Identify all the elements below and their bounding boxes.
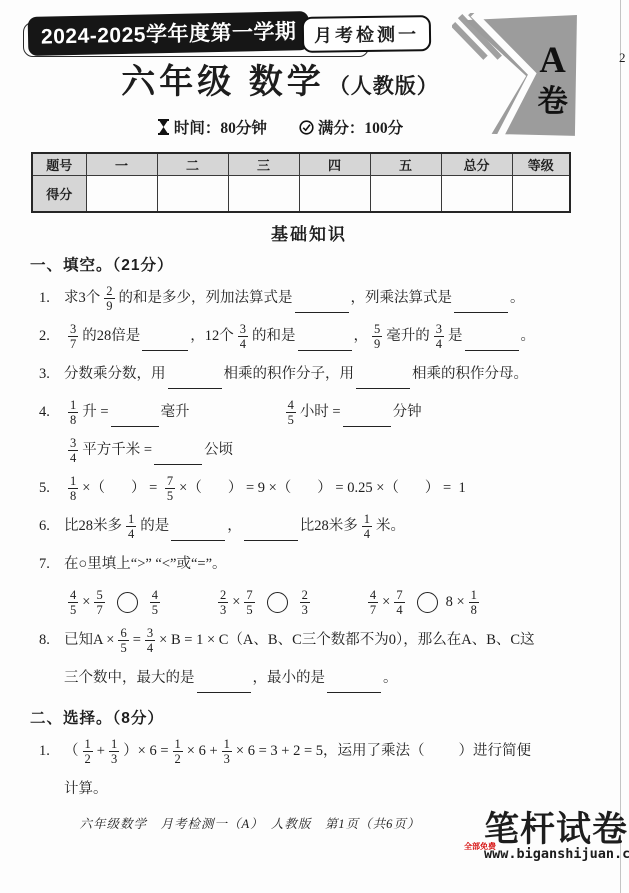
question-line: 分数乘分数，用相乘的积作分子，用相乘的积作分母。 xyxy=(64,355,588,393)
question-text: + xyxy=(97,742,105,760)
section-title: 二、选择。（8分） xyxy=(30,706,588,728)
compare-circle xyxy=(417,592,438,613)
meta-line: 时间：80分钟 满分：100分 xyxy=(80,116,480,138)
question-text: 的和是 xyxy=(252,327,296,345)
fraction-denominator: 4 xyxy=(394,602,404,617)
fraction: 57 xyxy=(94,588,104,617)
question-text: 分钟 xyxy=(393,403,422,421)
fraction: 74 xyxy=(394,588,404,617)
section: 二、选择。（8分）1.（12+13）× 6 =12× 6 +13× 6 = 3 … xyxy=(30,706,588,808)
answer-blank xyxy=(295,297,349,313)
score-table-label-cell: 得分 xyxy=(32,176,86,213)
answer-blank xyxy=(171,525,225,541)
fraction-numerator: 3 xyxy=(434,322,444,336)
fraction: 45 xyxy=(68,588,78,617)
fraction-denominator: 3 xyxy=(300,602,310,617)
question-row: 6.比28米多14的是，比28米多14米。 xyxy=(30,507,588,545)
answer-blank xyxy=(343,411,391,427)
fraction: 18 xyxy=(68,474,78,503)
question-row: 8.已知A ×65=34× B = 1 × C（A、B、C三个数都不为0），那么… xyxy=(30,621,588,697)
fraction-numerator: 3 xyxy=(68,322,78,336)
fraction: 59 xyxy=(372,322,382,351)
fraction: 75 xyxy=(244,588,254,617)
check-circle-icon xyxy=(299,120,314,135)
fraction-numerator: 4 xyxy=(68,588,78,602)
score-table-header-cell: 等级 xyxy=(512,153,570,176)
question-text: 公顷 xyxy=(204,441,233,459)
score-table-header-cell: 五 xyxy=(370,153,441,176)
fraction-denominator: 5 xyxy=(286,412,296,427)
fraction-numerator: 4 xyxy=(150,588,160,602)
question-text: = 9 × xyxy=(242,479,276,497)
fraction: 34 xyxy=(238,322,248,351)
fraction: 45 xyxy=(286,398,296,427)
fraction-numerator: 1 xyxy=(68,474,78,488)
section: 一、填空。（21分）1.求3个29的和是多少，列加法算式是，列乘法算式是。2.3… xyxy=(30,253,588,697)
question-row: 7.在○里填上“>” “<”或“=”。45×574523×752347×748 … xyxy=(30,545,588,621)
score-table-header-cell: 三 xyxy=(228,153,299,176)
question-line: 34平方千米 =公顷 xyxy=(64,431,588,469)
badge-char: 卷 xyxy=(537,85,568,119)
question-content: 已知A ×65=34× B = 1 × C（A、B、C三个数都不为0），那么在A… xyxy=(64,621,588,697)
question-number: 1. xyxy=(30,279,64,317)
question-line: 37的28倍是，12个34的和是，59毫升的34是。 xyxy=(64,317,588,355)
score-segment: 满分：100分 xyxy=(299,120,403,137)
fraction-numerator: 1 xyxy=(68,398,78,412)
question-row: 5.18×（） = 75×（） = 9 ×（） = 0.25 ×（） = 1 xyxy=(30,469,588,507)
paper-body: 基础知识 一、填空。（21分）1.求3个29的和是多少，列加法算式是，列乘法算式… xyxy=(30,220,588,808)
score-table-empty-cell xyxy=(86,176,157,213)
hourglass-icon xyxy=(157,119,170,135)
question-text: = 1 xyxy=(439,479,465,497)
score-table-empty-cell xyxy=(228,176,299,213)
question-text: ）进行简便 xyxy=(459,742,532,760)
fraction: 12 xyxy=(83,737,93,766)
fraction-denominator: 5 xyxy=(244,602,254,617)
fraction: 14 xyxy=(126,512,136,541)
answer-blank xyxy=(454,297,508,313)
fraction-denominator: 3 xyxy=(222,751,232,766)
fraction: 34 xyxy=(145,626,155,655)
block-heading: 基础知识 xyxy=(30,220,588,244)
score-table-empty-cell xyxy=(512,176,570,213)
question-text: 相乘的积作分子，用 xyxy=(224,365,355,383)
fraction-numerator: 7 xyxy=(394,588,404,602)
answer-blank xyxy=(111,411,159,427)
question-text: 的是 xyxy=(140,517,169,535)
score-table-header-cell: 二 xyxy=(157,153,228,176)
fraction-numerator: 1 xyxy=(222,737,232,751)
question-content: 18×（） = 75×（） = 9 ×（） = 0.25 ×（） = 1 xyxy=(64,469,588,507)
term-banner: 2024-2025学年度第一学期 xyxy=(28,11,310,56)
fraction: 45 xyxy=(150,588,160,617)
score-table-header-cell: 一 xyxy=(86,153,157,176)
fraction: 18 xyxy=(68,398,78,427)
answer-blank xyxy=(298,335,352,351)
answer-blank xyxy=(142,335,188,351)
question-text: 。 xyxy=(510,289,525,307)
answer-paren: （） xyxy=(187,479,242,497)
fraction-denominator: 3 xyxy=(109,751,119,766)
answer-blank xyxy=(168,373,222,389)
question-line: 18×（） = 75×（） = 9 ×（） = 0.25 ×（） = 1 xyxy=(64,469,588,507)
watermark-brand: 笔杆试卷 xyxy=(484,802,628,852)
fraction-numerator: 5 xyxy=(372,322,382,336)
question-text: = 0.25 × xyxy=(332,479,385,497)
question-content: 比28米多14的是，比28米多14米。 xyxy=(64,507,588,545)
question-text: × xyxy=(232,593,240,611)
question-text: 求3个 xyxy=(64,289,100,307)
answer-blank xyxy=(154,449,202,465)
question-text: 已知A × xyxy=(64,631,114,649)
score-table-empty-cell xyxy=(157,176,228,213)
fraction-numerator: 6 xyxy=(118,626,128,640)
paper-title: 六年级 数学 （人教版） xyxy=(80,54,480,103)
page-side-number: 2 xyxy=(619,50,626,66)
score-table-empty-cell xyxy=(370,176,441,213)
fraction-numerator: 4 xyxy=(368,588,378,602)
question-text: 升 = xyxy=(82,403,108,421)
score-table-header-cell: 四 xyxy=(299,153,370,176)
fraction-numerator: 1 xyxy=(469,588,479,602)
fraction-denominator: 3 xyxy=(218,602,228,617)
question-content: 在○里填上“>” “<”或“=”。45×574523×752347×748 ×1… xyxy=(64,545,588,621)
fraction-numerator: 5 xyxy=(94,588,104,602)
question-text: 是 xyxy=(448,327,463,345)
fraction-numerator: 7 xyxy=(244,588,254,602)
section-title: 一、填空。（21分） xyxy=(30,253,588,275)
fraction: 47 xyxy=(368,588,378,617)
fraction-denominator: 8 xyxy=(68,488,78,503)
question-text: 毫升的 xyxy=(386,327,430,345)
fraction: 23 xyxy=(218,588,228,617)
fraction-numerator: 2 xyxy=(218,588,228,602)
question-line: （12+13）× 6 =12× 6 +13× 6 = 3 + 2 = 5，运用了… xyxy=(64,732,588,770)
question-number: 2. xyxy=(30,317,64,355)
question-row: 4.18升 =毫升45小时 =分钟34平方千米 =公顷 xyxy=(30,393,588,469)
question-row: 1.求3个29的和是多少，列加法算式是，列乘法算式是。 xyxy=(30,279,588,317)
question-text: × xyxy=(82,593,90,611)
fraction-denominator: 4 xyxy=(145,640,155,655)
fraction-denominator: 8 xyxy=(68,412,78,427)
fraction-denominator: 5 xyxy=(150,602,160,617)
question-text: 毫升 xyxy=(161,403,190,421)
question-text: × 6 = 3 + 2 = 5，运用了乘法（ xyxy=(236,742,425,760)
question-text: 在○里填上“>” “<”或“=”。 xyxy=(64,555,227,573)
question-text: 8 × xyxy=(446,593,465,611)
question-text: ， xyxy=(354,327,369,345)
question-number: 3. xyxy=(30,355,64,393)
question-number: 6. xyxy=(30,507,64,545)
question-text: = xyxy=(145,479,160,497)
fraction: 18 xyxy=(469,588,479,617)
question-text: 比28米多 xyxy=(64,517,122,535)
full-score-label: 满分：100分 xyxy=(318,120,403,137)
fraction-denominator: 8 xyxy=(469,602,479,617)
score-table: 题号一二三四五总分等级得分 xyxy=(31,152,571,213)
question-content: 18升 =毫升45小时 =分钟34平方千米 =公顷 xyxy=(64,393,588,469)
question-text: × 6 + xyxy=(187,742,218,760)
question-content: （12+13）× 6 =12× 6 +13× 6 = 3 + 2 = 5，运用了… xyxy=(64,732,588,808)
fraction-numerator: 1 xyxy=(362,512,372,526)
question-text: 分数乘分数，用 xyxy=(64,365,166,383)
score-table-header-cell: 总分 xyxy=(441,153,512,176)
fraction: 34 xyxy=(68,436,78,465)
fraction: 13 xyxy=(222,737,232,766)
question-text: 比28米多 xyxy=(300,517,358,535)
fraction-denominator: 7 xyxy=(68,336,78,351)
header-banner: 2024-2025学年度第一学期 月考检测一 xyxy=(28,14,431,53)
question-text: 小时 = xyxy=(300,403,341,421)
fraction: 13 xyxy=(109,737,119,766)
question-text: （ xyxy=(64,742,79,760)
fraction-numerator: 1 xyxy=(109,737,119,751)
badge-letter: A xyxy=(539,39,566,80)
fraction-numerator: 3 xyxy=(145,626,155,640)
fraction-denominator: 7 xyxy=(368,602,378,617)
time-label: 时间：80分钟 xyxy=(174,120,267,137)
fraction-denominator: 7 xyxy=(94,602,104,617)
question-text: = xyxy=(133,631,141,649)
question-number: 7. xyxy=(30,545,64,583)
compare-circle xyxy=(267,592,288,613)
fraction: 75 xyxy=(165,474,175,503)
question-row: 2.37的28倍是，12个34的和是，59毫升的34是。 xyxy=(30,317,588,355)
fraction-denominator: 4 xyxy=(68,450,78,465)
question-line: 已知A ×65=34× B = 1 × C（A、B、C三个数都不为0），那么在A… xyxy=(64,621,588,659)
fraction-denominator: 5 xyxy=(165,488,175,503)
fraction: 29 xyxy=(104,284,114,313)
title-edition: （人教版） xyxy=(329,74,439,98)
question-row: 1.（12+13）× 6 =12× 6 +13× 6 = 3 + 2 = 5，运… xyxy=(30,732,588,808)
questions-area: 一、填空。（21分）1.求3个29的和是多少，列加法算式是，列乘法算式是。2.3… xyxy=(30,253,588,808)
question-number: 1. xyxy=(30,732,64,770)
question-text: ）× 6 = xyxy=(123,742,168,760)
question-text: ，最小的是 xyxy=(253,669,326,687)
question-text: × xyxy=(382,593,390,611)
fraction: 37 xyxy=(68,322,78,351)
fraction-numerator: 1 xyxy=(126,512,136,526)
question-line: 求3个29的和是多少，列加法算式是，列乘法算式是。 xyxy=(64,279,588,317)
fraction-denominator: 4 xyxy=(126,526,136,541)
question-number: 8. xyxy=(30,621,64,659)
fraction: 65 xyxy=(118,626,128,655)
fraction-denominator: 5 xyxy=(118,640,128,655)
fraction-denominator: 9 xyxy=(372,336,382,351)
question-number: 5. xyxy=(30,469,64,507)
question-text: 计算。 xyxy=(64,780,108,798)
question-text: ，列乘法算式是 xyxy=(351,289,453,307)
score-table-empty-cell xyxy=(441,176,512,213)
fraction-denominator: 2 xyxy=(173,751,183,766)
question-text: × B = 1 × C（A、B、C三个数都不为0），那么在A、B、C这 xyxy=(159,631,534,649)
score-table-header-cell: 题号 xyxy=(32,153,86,176)
question-text: 的和是多少，列加法算式是 xyxy=(119,289,293,307)
fraction: 14 xyxy=(362,512,372,541)
fraction: 23 xyxy=(300,588,310,617)
score-table-empty-cell xyxy=(299,176,370,213)
fraction-denominator: 4 xyxy=(362,526,372,541)
fraction-numerator: 1 xyxy=(173,737,183,751)
exam-banner: 月考检测一 xyxy=(302,15,431,53)
fraction-numerator: 7 xyxy=(165,474,175,488)
fraction-denominator: 5 xyxy=(68,602,78,617)
question-text: ，12个 xyxy=(190,327,234,345)
question-line: 比28米多14的是，比28米多14米。 xyxy=(64,507,588,545)
answer-blank xyxy=(197,677,251,693)
answer-blank xyxy=(244,525,298,541)
watermark-url: www.biganshijuan.com xyxy=(484,846,629,862)
time-segment: 时间：80分钟 xyxy=(157,120,271,137)
answer-blank xyxy=(356,373,410,389)
question-text: × xyxy=(82,479,90,497)
fraction: 12 xyxy=(173,737,183,766)
page-edge-line xyxy=(620,0,621,893)
question-line: 45×574523×752347×748 ×18 xyxy=(64,583,588,621)
question-number: 4. xyxy=(30,393,64,431)
answer-blank xyxy=(327,677,381,693)
question-line: 18升 =毫升45小时 =分钟 xyxy=(64,393,588,431)
fraction-denominator: 9 xyxy=(104,298,114,313)
fraction: 34 xyxy=(434,322,444,351)
fraction-numerator: 1 xyxy=(83,737,93,751)
question-text: 三个数中，最大的是 xyxy=(64,669,195,687)
fraction-denominator: 2 xyxy=(83,751,93,766)
compare-circle xyxy=(117,592,138,613)
question-line: 在○里填上“>” “<”或“=”。 xyxy=(64,545,588,583)
answer-paren: （） xyxy=(90,479,145,497)
question-text: × xyxy=(179,479,187,497)
question-text: 。 xyxy=(383,669,398,687)
question-text: 米。 xyxy=(376,517,405,535)
fraction-numerator: 2 xyxy=(300,588,310,602)
answer-paren: （） xyxy=(384,479,439,497)
question-text: 的28倍是 xyxy=(82,327,140,345)
question-row: 3.分数乘分数，用相乘的积作分子，用相乘的积作分母。 xyxy=(30,355,588,393)
question-text: ， xyxy=(227,517,242,535)
question-text: 平方千米 = xyxy=(82,441,152,459)
fraction-numerator: 3 xyxy=(238,322,248,336)
fraction-numerator: 2 xyxy=(104,284,114,298)
question-content: 37的28倍是，12个34的和是，59毫升的34是。 xyxy=(64,317,588,355)
footer-line: 六年级数学 月考检测一（A） 人教版 第1页（共6页） xyxy=(30,814,470,832)
answer-paren: （） xyxy=(277,479,332,497)
question-line: 三个数中，最大的是，最小的是。 xyxy=(64,659,588,697)
question-text: 相乘的积作分母。 xyxy=(412,365,528,383)
question-content: 求3个29的和是多少，列加法算式是，列乘法算式是。 xyxy=(64,279,588,317)
answer-blank xyxy=(465,335,519,351)
fraction-denominator: 4 xyxy=(434,336,444,351)
fraction-numerator: 4 xyxy=(286,398,296,412)
fraction-denominator: 4 xyxy=(238,336,248,351)
title-grade-subject: 六年级 数学 xyxy=(121,63,324,101)
fraction-numerator: 3 xyxy=(68,436,78,450)
question-text: 。 xyxy=(521,327,536,345)
question-content: 分数乘分数，用相乘的积作分子，用相乘的积作分母。 xyxy=(64,355,588,393)
